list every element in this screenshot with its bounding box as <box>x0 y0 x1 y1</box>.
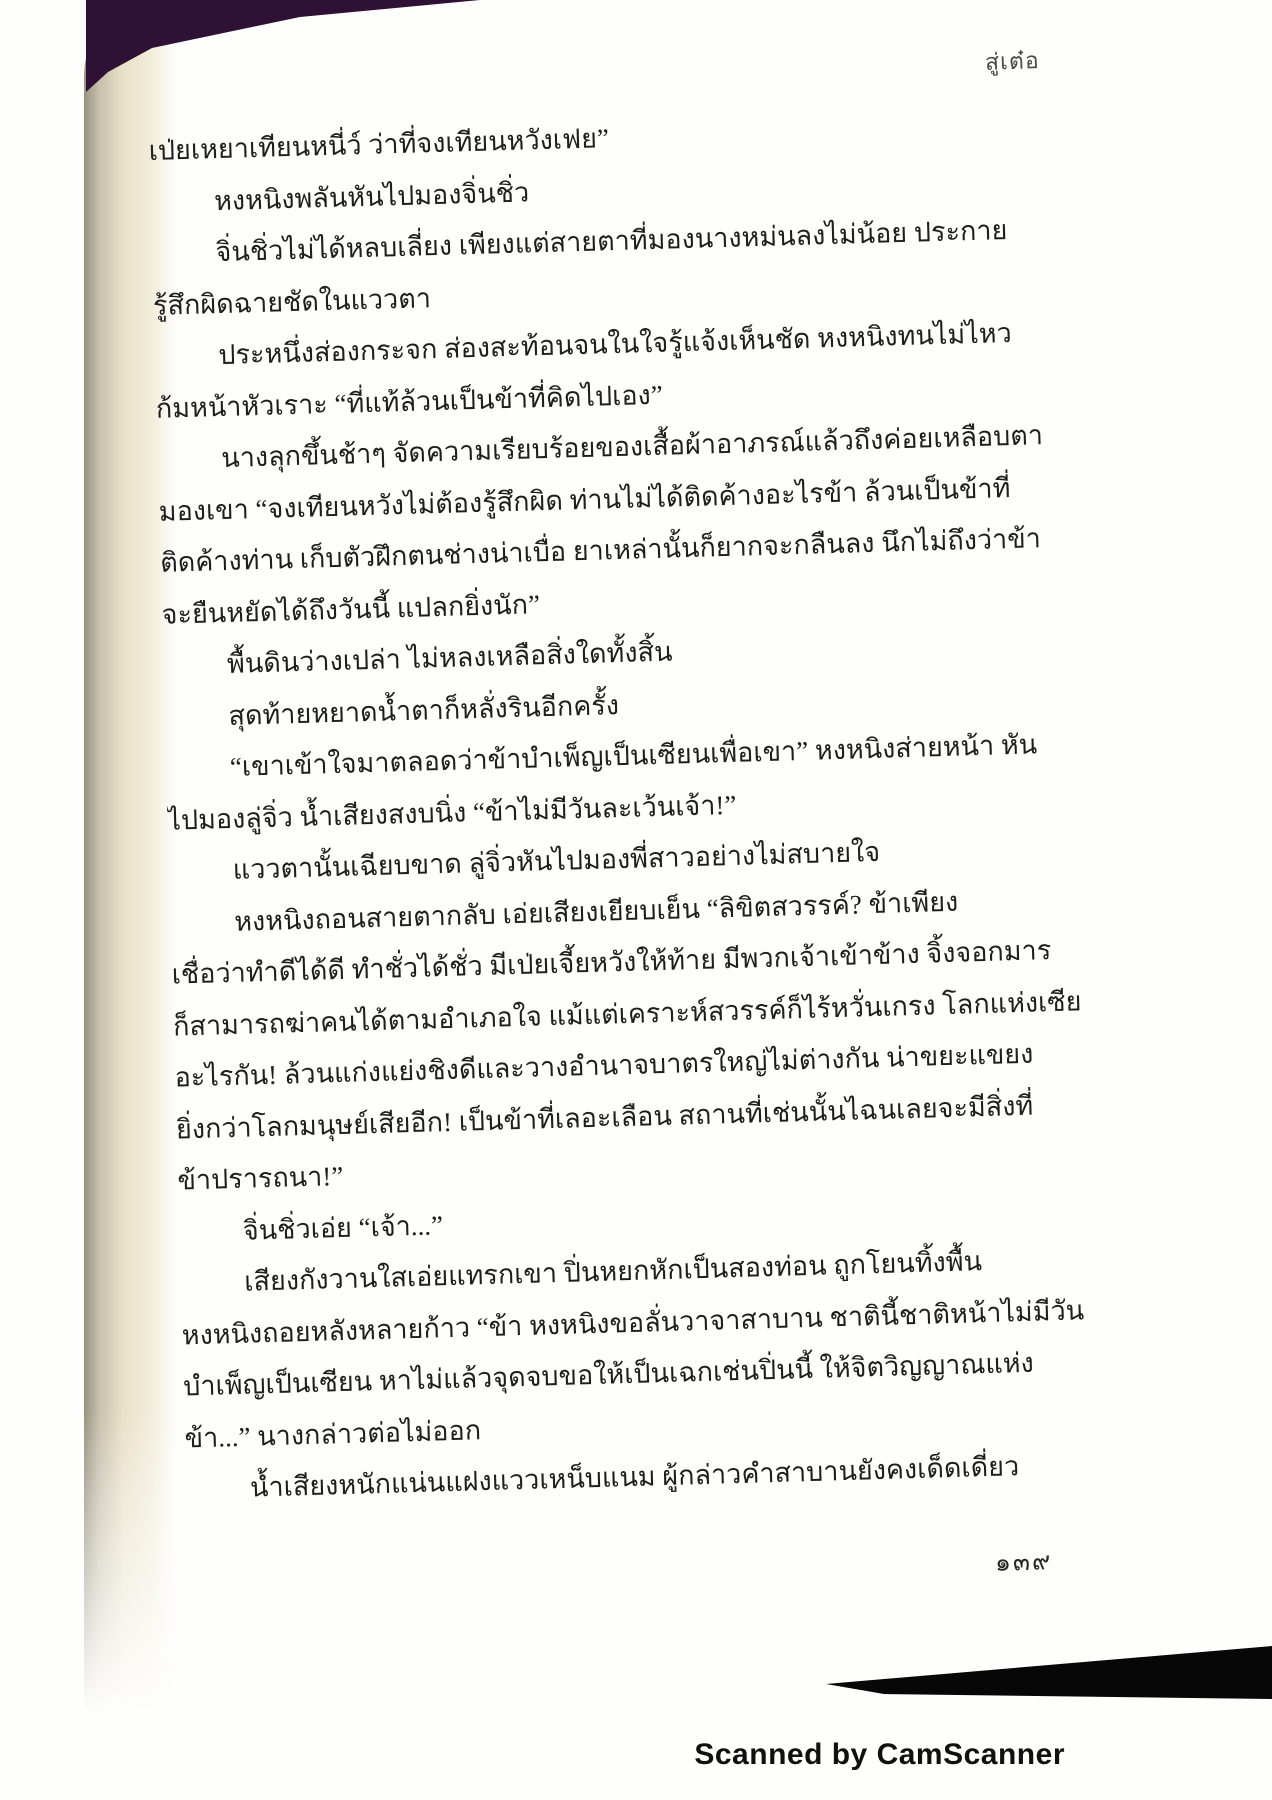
body-text-block: เป่ยเหยาเทียนหนี่ว์ ว่าที่จงเทียนหวังเฟย… <box>148 101 1095 1546</box>
book-cover-corner <box>0 0 520 110</box>
running-header-title: สู่เต๋อ <box>984 43 1040 81</box>
scanned-book-page: สู่เต๋อ เป่ยเหยาเทียนหนี่ว์ ว่าที่จงเทีย… <box>0 0 1272 1800</box>
camscanner-watermark: Scanned by CamScanner <box>694 1738 1065 1772</box>
thai-page-number: ๑๓๙ <box>994 1541 1053 1583</box>
